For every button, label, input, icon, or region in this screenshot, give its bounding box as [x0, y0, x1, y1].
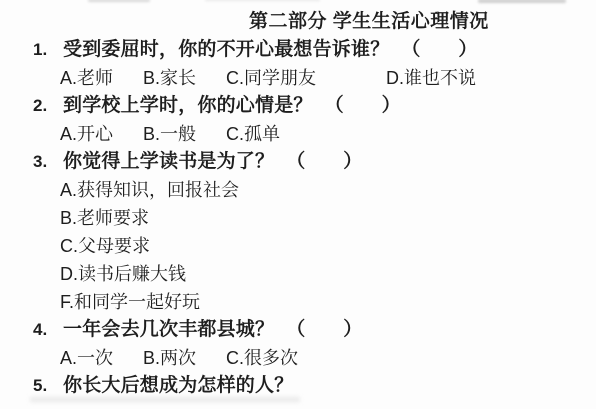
- option-label: B.家长: [143, 68, 196, 88]
- question-row-2: 2.到学校上学时，你的心情是？（ ）: [0, 92, 596, 120]
- questionnaire-page: 第二部分 学生生活心理情况 1.受到委屈时，你的不开心最想告诉谁？（ ） A.老…: [0, 0, 596, 409]
- question-text: 受到委屈时，你的不开心最想告诉谁？: [63, 39, 389, 60]
- question-text: 你觉得上学读书是为了？: [63, 151, 274, 172]
- option-row-3f: F.和同学一起好玩: [0, 288, 596, 316]
- option-row-3a: A.获得知识，回报社会: [0, 176, 596, 204]
- scan-artifact-bottom: [30, 397, 300, 402]
- question-number: 4.: [33, 316, 63, 344]
- options-row-4: A.一次B.两次C.很多次: [0, 344, 596, 372]
- answer-bracket: （ ）: [325, 95, 401, 116]
- question-number: 5.: [33, 372, 63, 400]
- options-row-2: A.开心B.一般C.孤单: [0, 120, 596, 148]
- option-label: A.开心: [60, 124, 113, 144]
- answer-bracket: （ ）: [286, 319, 362, 340]
- option-label: A.老师: [60, 68, 113, 88]
- options-row-1: A.老师B.家长C.同学朋友D.谁也不说: [0, 64, 596, 92]
- question-list: 1.受到委屈时，你的不开心最想告诉谁？（ ） A.老师B.家长C.同学朋友D.谁…: [0, 36, 596, 400]
- scan-artifact-top-center: [205, 0, 320, 1]
- option-label: D.谁也不说: [386, 68, 476, 88]
- option-label: A.获得知识，回报社会: [60, 180, 239, 200]
- option-label: B.两次: [143, 348, 196, 368]
- question-row-5: 5.你长大后想成为怎样的人？: [0, 372, 596, 400]
- option-label: C.父母要求: [60, 236, 150, 256]
- question-number: 3.: [33, 148, 63, 176]
- option-row-3d: D.读书后赚大钱: [0, 260, 596, 288]
- scan-artifact-top-right: [478, 0, 566, 3]
- answer-bracket: （ ）: [401, 39, 477, 60]
- section-title: 第二部分 学生生活心理情况: [249, 6, 489, 33]
- question-text: 你长大后想成为怎样的人？: [63, 375, 293, 396]
- scan-artifact-top-left: [88, 0, 150, 2]
- option-label: B.一般: [143, 124, 196, 144]
- question-row-1: 1.受到委屈时，你的不开心最想告诉谁？（ ）: [0, 36, 596, 64]
- question-text: 一年会去几次丰都县城？: [63, 319, 274, 340]
- option-row-3c: C.父母要求: [0, 232, 596, 260]
- option-label: D.读书后赚大钱: [60, 264, 186, 284]
- question-row-4: 4.一年会去几次丰都县城？（ ）: [0, 316, 596, 344]
- answer-bracket: （ ）: [286, 151, 362, 172]
- option-label: A.一次: [60, 348, 113, 368]
- option-label: C.很多次: [226, 348, 298, 368]
- option-label: F.和同学一起好玩: [60, 292, 200, 312]
- option-label: B.老师要求: [60, 208, 149, 228]
- option-row-3b: B.老师要求: [0, 204, 596, 232]
- question-number: 2.: [33, 92, 63, 120]
- option-label: C.同学朋友: [226, 68, 316, 88]
- question-text: 到学校上学时，你的心情是？: [63, 95, 313, 116]
- question-row-3: 3.你觉得上学读书是为了？（ ）: [0, 148, 596, 176]
- question-number: 1.: [33, 36, 63, 64]
- option-label: C.孤单: [226, 124, 280, 144]
